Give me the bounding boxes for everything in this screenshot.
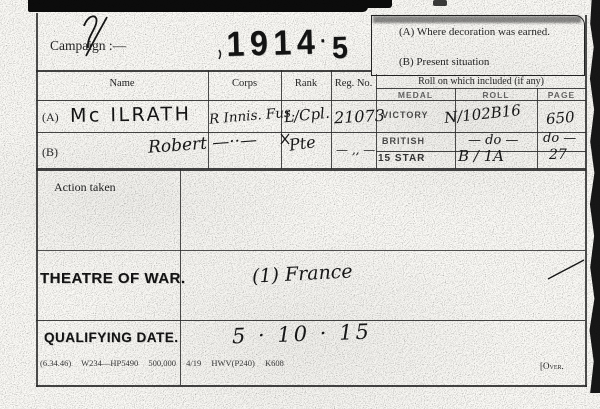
corner-line-b: (B) Present situation	[399, 56, 489, 68]
corner-box: (A) Where decoration was earned. (B) Pre…	[371, 15, 585, 76]
scan-top-bar	[28, 0, 368, 12]
header-reg-no: Reg. No.	[331, 78, 376, 89]
roll-group-underline	[376, 88, 586, 89]
header-roll-group: Roll on which included (if any)	[376, 76, 586, 87]
right-pen-mark	[548, 260, 584, 279]
campaign-label: Campaign :—	[50, 38, 126, 54]
medal-row-british-page: do —	[543, 131, 576, 146]
row-a-rank: L/Cpl.	[283, 104, 330, 127]
medal-row-15star-label: 15 STAR	[378, 153, 425, 164]
scan-top-mark	[433, 0, 447, 6]
medal-row-15star-page: 27	[549, 147, 567, 163]
header-name: Name	[36, 78, 208, 89]
campaign-year-stamp: 1914·5	[226, 22, 354, 65]
footer-over-note: [Over.	[540, 361, 564, 371]
stamp-year: 1914	[226, 23, 321, 64]
row-b-label: (B)	[42, 145, 58, 160]
card-right-border	[585, 15, 587, 387]
header-bottom-line	[36, 100, 586, 101]
footer-imprint: (6.34.46) W234—HP5490 500,000 4/19 HWV(P…	[40, 358, 284, 368]
rule-under-campaign	[36, 70, 372, 72]
card-bottom-border	[36, 385, 587, 387]
scan-top-bar-blob	[364, 0, 392, 8]
theatre-of-war-value: (1) France	[251, 260, 353, 287]
medal-index-card-scan: (A) Where decoration was earned. (B) Pre…	[0, 0, 600, 409]
stamp-separator: ·	[320, 30, 332, 52]
row-a-reg-no: 21073	[334, 106, 386, 128]
header-medal-col: MEDAL	[376, 90, 455, 100]
qualifying-date-label: QUALIFYING DATE.	[44, 330, 179, 345]
medal-row-british-roll: — do —	[468, 133, 518, 148]
header-corps: Corps	[208, 78, 281, 89]
stamp-comma-mark	[219, 50, 221, 59]
medal-row-15star-roll: B / 1A	[458, 147, 504, 165]
qualifying-date-value: 5 · 10 · 15	[232, 320, 373, 349]
action-taken-bottom-line	[36, 250, 585, 251]
stamp-suffix: 5	[332, 30, 354, 67]
col-line-medal-roll	[455, 88, 456, 169]
corner-line-a: (A) Where decoration was earned.	[399, 26, 550, 38]
row-a-label: (A)	[42, 110, 59, 125]
scan-right-strip	[586, 0, 600, 393]
row-b-rank: Pte	[288, 132, 317, 155]
table-bottom-thick-line	[36, 168, 586, 171]
medal-row-british-label: BRITISH	[382, 136, 425, 146]
action-taken-label: Action taken	[54, 180, 116, 195]
col-line-roll-page	[537, 88, 538, 169]
row-b-name: Robert —··—	[147, 130, 257, 158]
theatre-of-war-label: THEATRE OF WAR.	[40, 270, 186, 287]
header-roll-col: ROLL	[455, 90, 537, 100]
row-b-reg-no: — ,, —	[336, 143, 375, 157]
header-page-col: PAGE	[537, 90, 586, 100]
medal-row-victory-label: VICTORY	[382, 110, 429, 120]
corner-box-smudge	[373, 16, 581, 23]
row-a-name: Mc ILRATH	[70, 103, 192, 127]
header-rank: Rank	[281, 78, 331, 89]
col-line-rank-reg	[331, 70, 332, 169]
medal-row-victory-page: 650	[545, 108, 575, 128]
